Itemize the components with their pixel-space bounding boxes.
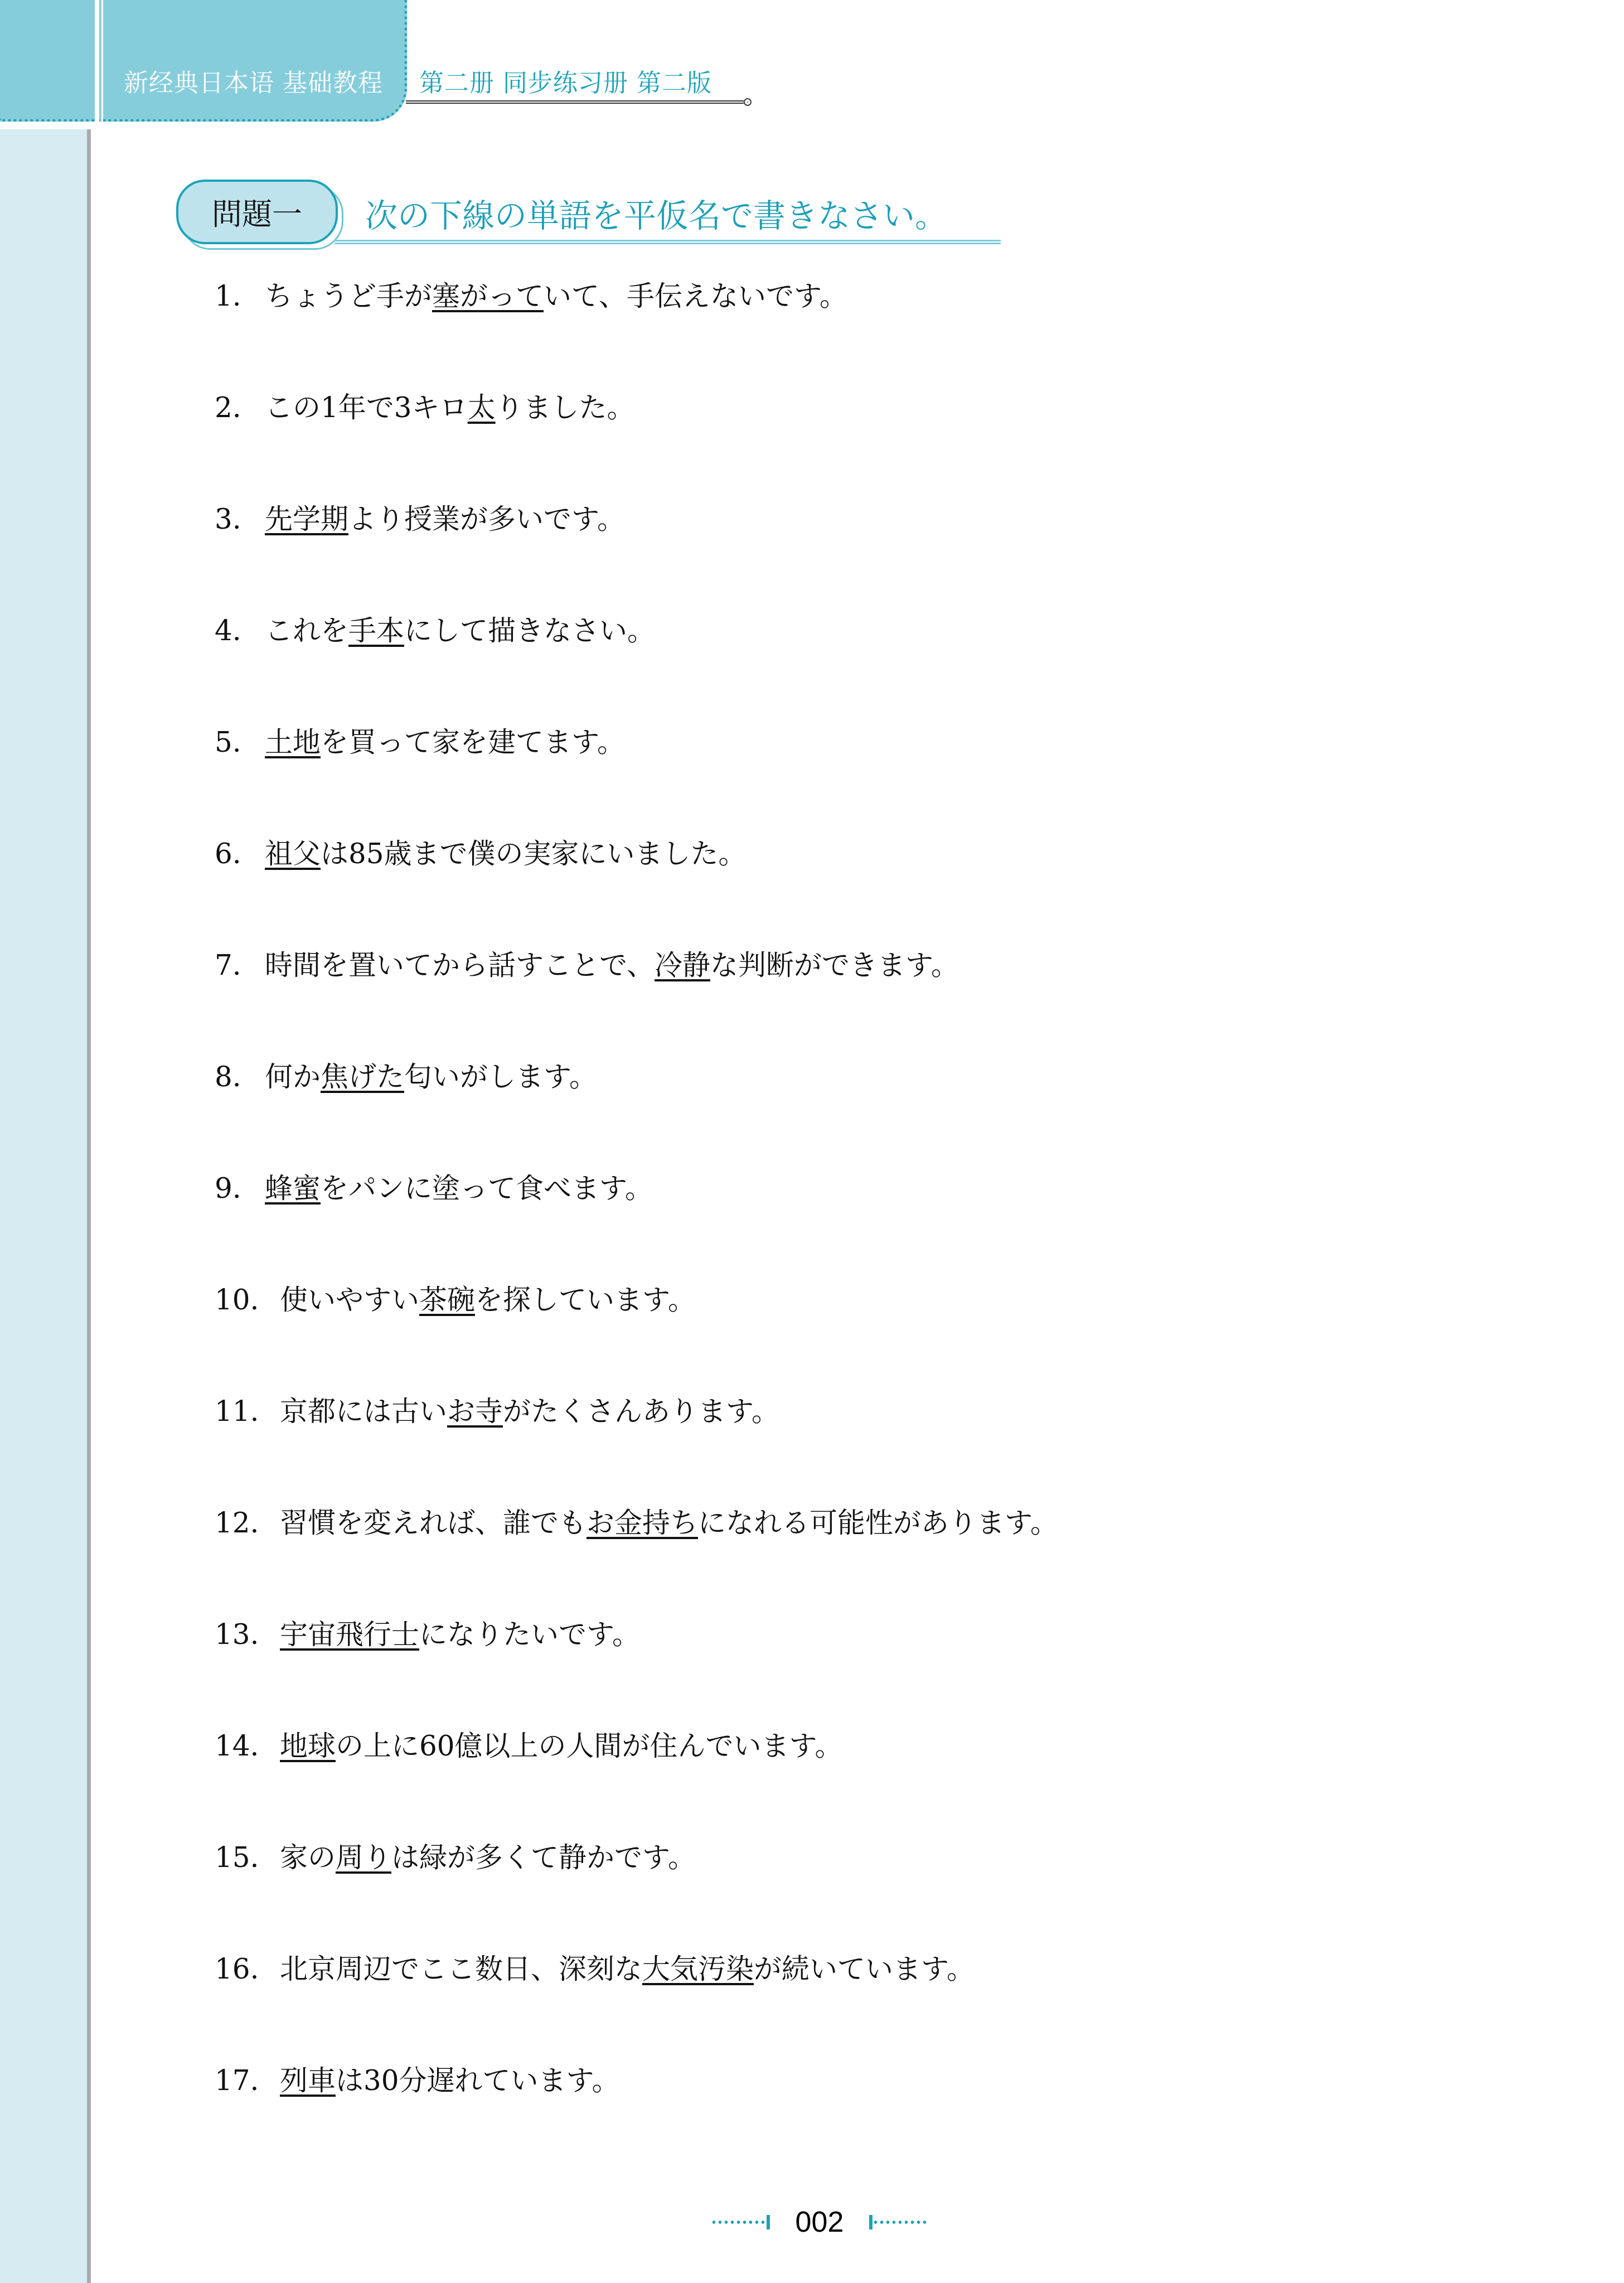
header-rule-end-circle-icon xyxy=(744,98,752,106)
item-target-word: 焦げた xyxy=(321,1061,404,1093)
question-item: 17.列車は30分遅れています。 xyxy=(215,2062,620,2099)
item-number: 2. xyxy=(215,389,265,426)
item-text-before: ちょうど手が xyxy=(265,280,432,312)
item-text-after: を買って家を建てます。 xyxy=(321,726,625,758)
question-item: 10.使いやすい茶碗を探しています。 xyxy=(215,1281,696,1318)
item-text-after: 匂いがします。 xyxy=(404,1061,597,1093)
item-target-word: 列車 xyxy=(280,2064,336,2097)
item-text-after: いて、手伝えないです。 xyxy=(544,280,847,312)
item-target-word: 茶碗 xyxy=(419,1284,475,1316)
item-text-after: の上に60億以上の人間が住んでいます。 xyxy=(336,1730,843,1762)
section-instruction: 次の下線の単語を平仮名で書きなさい。 xyxy=(365,196,947,235)
item-target-word: 大気汚染 xyxy=(642,1953,754,1985)
question-item: 6.祖父は85歳まで僕の実家にいました。 xyxy=(215,835,746,872)
item-text-after: りました。 xyxy=(496,391,635,424)
item-target-word: 地球 xyxy=(280,1730,336,1762)
item-number: 9. xyxy=(215,1170,265,1207)
item-text-before: 習慣を変えれば、誰でも xyxy=(280,1507,586,1539)
item-text-after: は30分遅れています。 xyxy=(336,2064,620,2097)
question-item: 8.何か焦げた匂いがします。 xyxy=(215,1058,597,1095)
question-item: 16.北京周辺でここ数日、深刻な大気汚染が続いています。 xyxy=(215,1951,975,1987)
item-text-after: になりたいです。 xyxy=(419,1618,640,1651)
item-target-word: 冷静 xyxy=(655,949,710,981)
volume-info: 第二册 同步练习册 第二版 xyxy=(419,67,712,100)
item-target-word: 太 xyxy=(468,391,496,424)
question-item: 15.家の周りは緑が多くて静かです。 xyxy=(215,1839,696,1876)
item-target-word: お金持ち xyxy=(586,1507,698,1539)
question-item: 9.蜂蜜をパンに塗って食べます。 xyxy=(215,1170,653,1207)
question-item: 11.京都には古いお寺がたくさんあります。 xyxy=(215,1393,779,1430)
header-rule xyxy=(406,100,744,104)
item-number: 12. xyxy=(215,1505,280,1541)
item-number: 11. xyxy=(215,1393,280,1430)
question-item: 14.地球の上に60億以上の人間が住んでいます。 xyxy=(215,1728,843,1764)
item-target-word: 塞がって xyxy=(432,280,544,312)
item-number: 1. xyxy=(215,278,265,315)
item-number: 14. xyxy=(215,1728,280,1764)
item-text-before: これを xyxy=(265,615,348,647)
item-target-word: 土地 xyxy=(265,726,321,758)
item-target-word: お寺 xyxy=(447,1395,503,1428)
item-number: 10. xyxy=(215,1281,280,1318)
item-text-before: 家の xyxy=(280,1841,336,1874)
item-target-word: 周り xyxy=(336,1841,391,1874)
item-text-before: 使いやすい xyxy=(280,1284,419,1316)
item-number: 3. xyxy=(215,501,265,538)
question-item: 3.先学期より授業が多いです。 xyxy=(215,501,625,538)
footer-dots-right xyxy=(872,2221,928,2224)
item-number: 15. xyxy=(215,1839,280,1876)
item-text-after: を探しています。 xyxy=(475,1284,696,1316)
item-number: 6. xyxy=(215,835,265,872)
item-text-after: がたくさんあります。 xyxy=(503,1395,779,1428)
item-text-after: は緑が多くて静かです。 xyxy=(391,1841,696,1874)
item-text-before: 何か xyxy=(265,1061,321,1093)
item-number: 4. xyxy=(215,612,265,649)
item-text-after: になれる可能性があります。 xyxy=(698,1507,1058,1539)
header-divider-thick xyxy=(95,0,99,122)
item-target-word: 蜂蜜 xyxy=(265,1172,321,1205)
header-divider-thin xyxy=(101,0,103,122)
item-text-after: が続いています。 xyxy=(754,1953,975,1985)
footer-dots-left xyxy=(711,2221,767,2224)
item-number: 7. xyxy=(215,947,265,984)
item-number: 17. xyxy=(215,2062,280,2099)
question-item: 12.習慣を変えれば、誰でもお金持ちになれる可能性があります。 xyxy=(215,1505,1058,1541)
question-item: 13.宇宙飛行士になりたいです。 xyxy=(215,1616,640,1653)
question-item: 5.土地を買って家を建てます。 xyxy=(215,724,625,761)
item-text-after: な判断ができます。 xyxy=(710,949,959,981)
page-number: 002 xyxy=(796,2205,844,2239)
section-label: 問題一 xyxy=(176,180,338,244)
item-number: 8. xyxy=(215,1058,265,1095)
question-item: 4.これを手本にして描きなさい。 xyxy=(215,612,655,649)
side-margin-border xyxy=(87,129,91,2283)
side-margin-strip xyxy=(0,129,87,2283)
footer-bar-left xyxy=(767,2215,770,2229)
question-item: 1.ちょうど手が塞がっていて、手伝えないです。 xyxy=(215,278,847,315)
section-rule xyxy=(335,240,1001,244)
question-item: 2.この1年で3キロ太りました。 xyxy=(215,389,635,426)
header-band xyxy=(0,0,407,122)
item-target-word: 宇宙飛行士 xyxy=(280,1618,419,1651)
item-text-after: より授業が多いです。 xyxy=(348,503,625,535)
question-item: 7.時間を置いてから話すことで、冷静な判断ができます。 xyxy=(215,947,959,984)
item-text-before: 時間を置いてから話すことで、 xyxy=(265,949,655,981)
item-number: 5. xyxy=(215,724,265,761)
item-text-before: 京都には古い xyxy=(280,1395,447,1428)
book-title: 新经典日本语 基础教程 xyxy=(124,67,383,100)
item-text-after: にして描きなさい。 xyxy=(404,615,655,647)
item-target-word: 先学期 xyxy=(265,503,348,535)
item-target-word: 手本 xyxy=(348,615,404,647)
item-text-after: をパンに塗って食べます。 xyxy=(321,1172,653,1205)
item-text-before: 北京周辺でここ数日、深刻な xyxy=(280,1953,642,1985)
item-text-after: は85歳まで僕の実家にいました。 xyxy=(321,838,746,870)
page-footer: 002 xyxy=(702,2205,937,2239)
item-target-word: 祖父 xyxy=(265,838,321,870)
item-number: 16. xyxy=(215,1951,280,1987)
item-text-before: この1年で3キロ xyxy=(265,391,468,424)
item-number: 13. xyxy=(215,1616,280,1653)
